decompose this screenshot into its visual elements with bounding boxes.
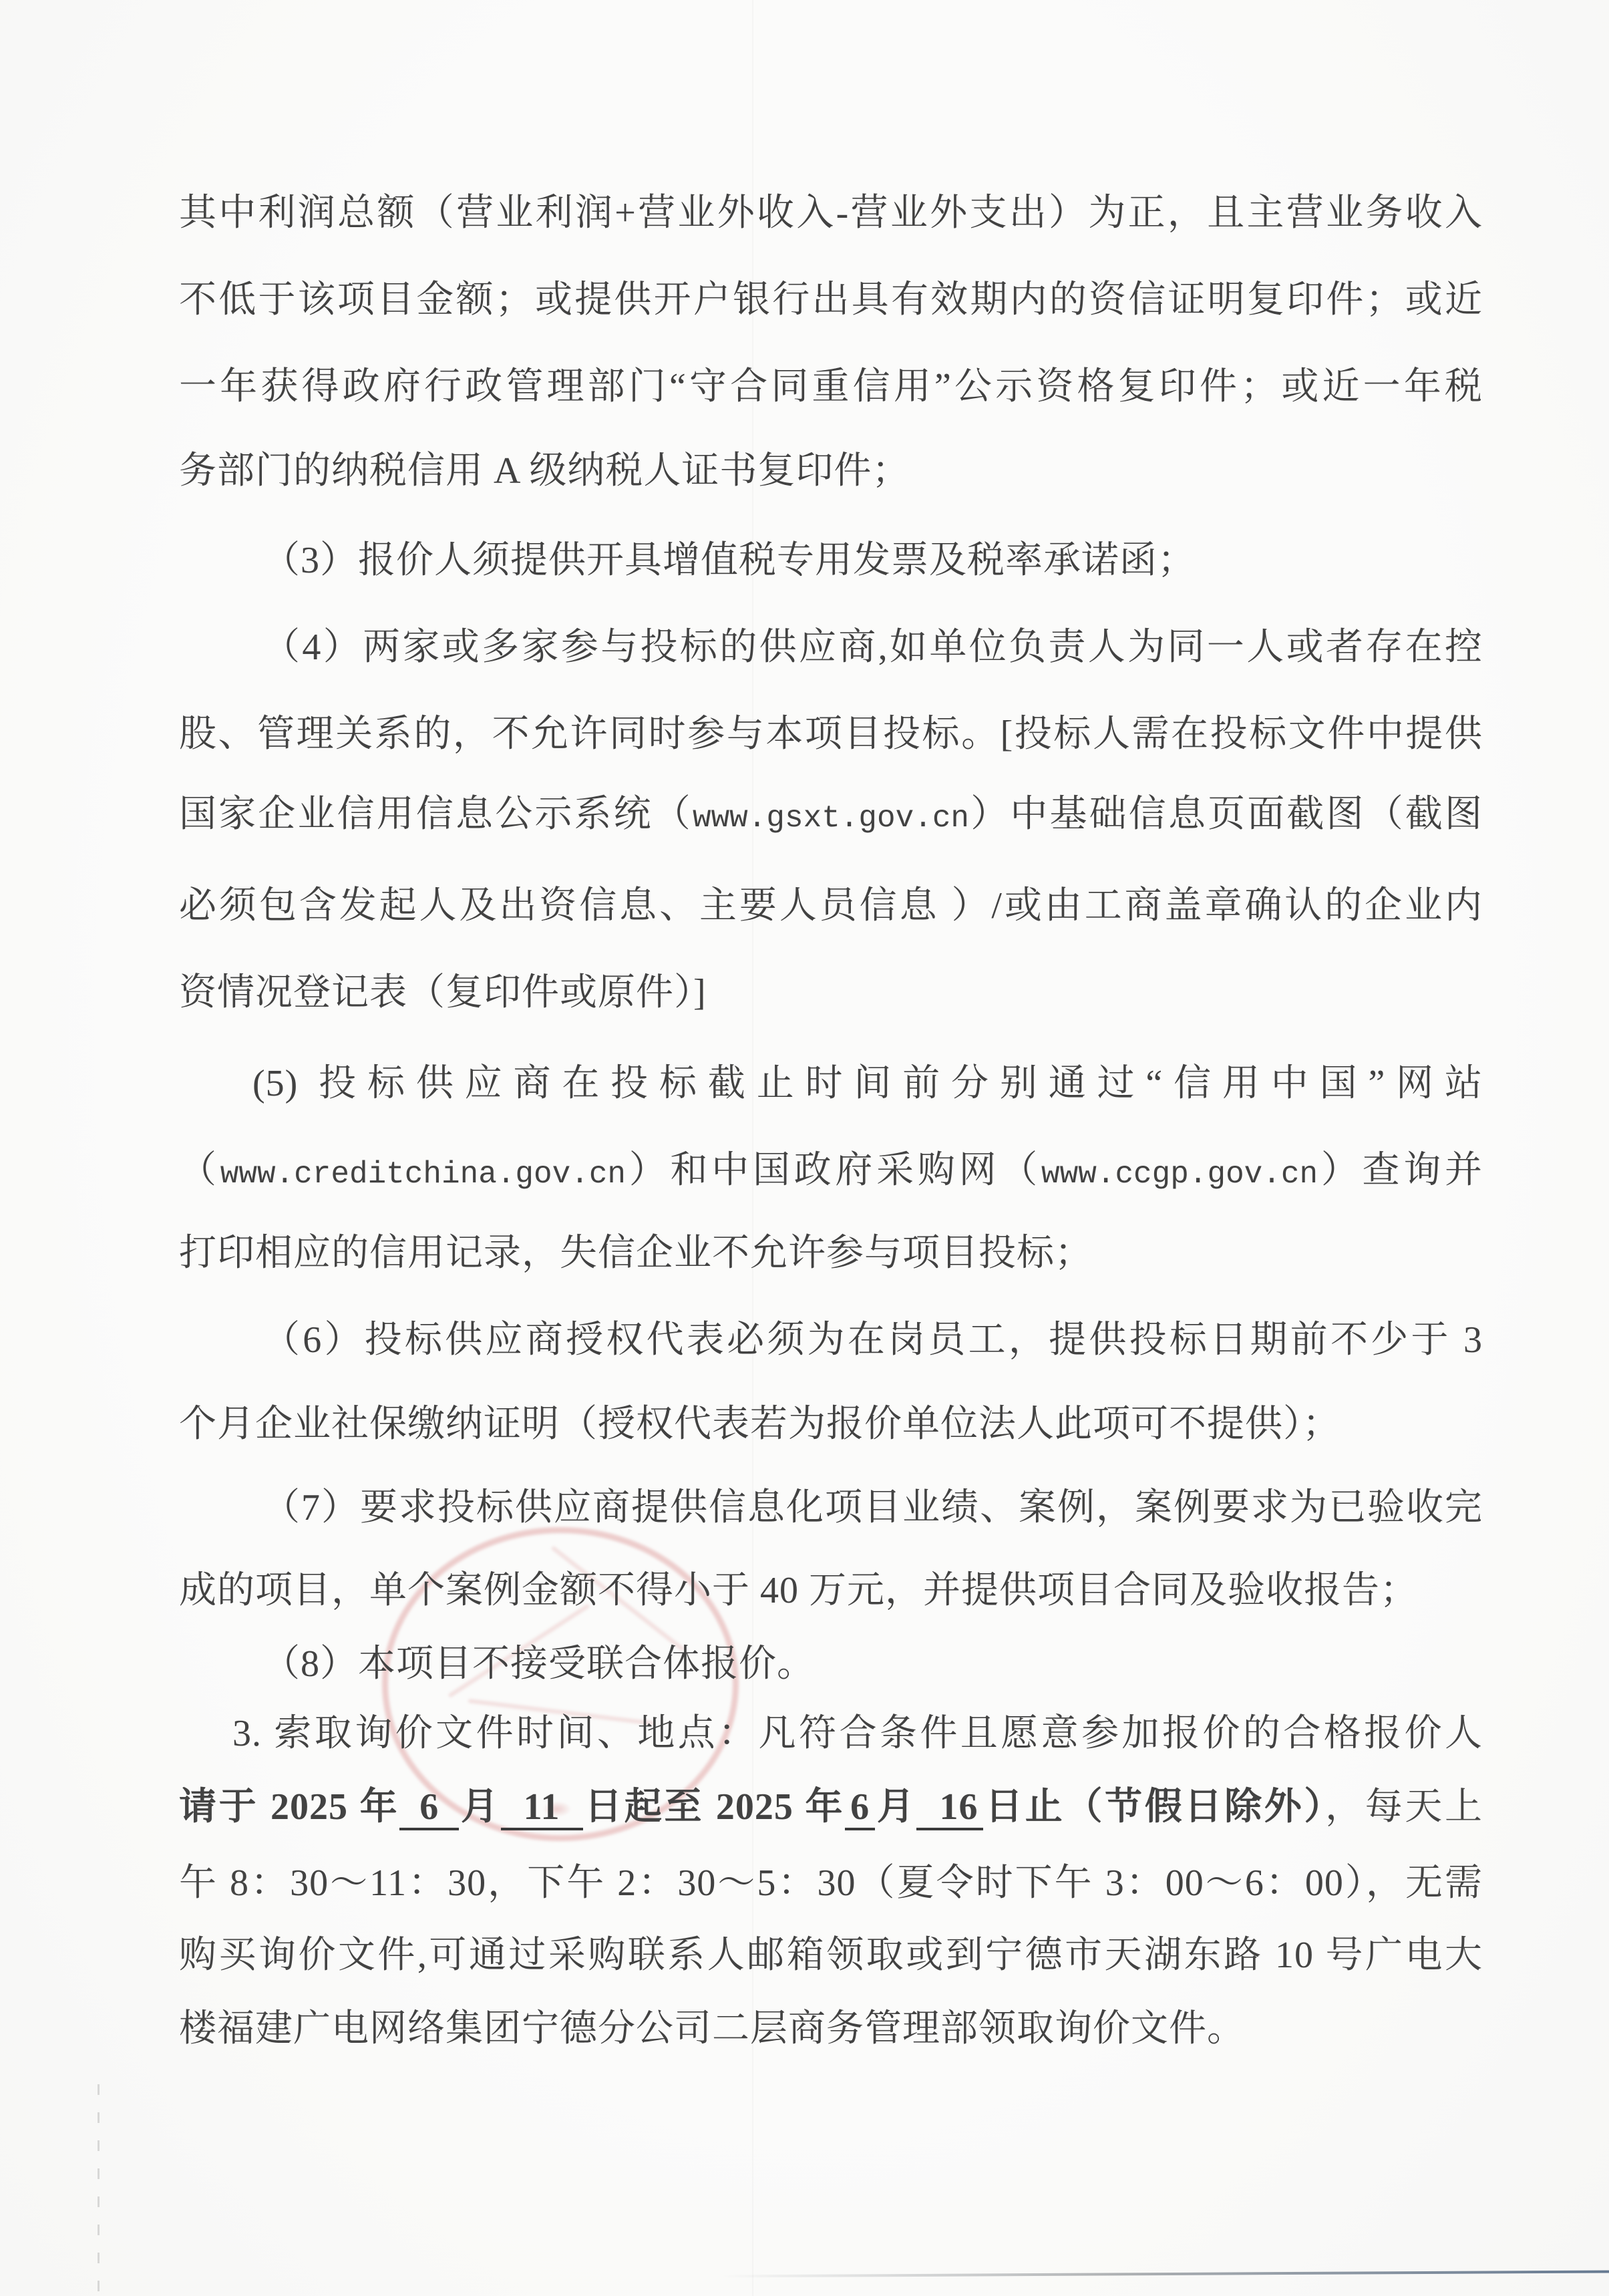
text-line: 一年获得政府行政管理部门“守合同重信用”公示资格复印件；或近一年税 <box>179 362 1483 412</box>
scan-artifact-vertical-streak <box>98 2084 100 2291</box>
text-line-item-7: （7）要求投标供应商提供信息化项目业绩、案例，案例要求为已验收完 <box>179 1483 1483 1532</box>
text-line: 其中利润总额（营业利润+营业外收入-营业外支出）为正，且主营业务收入 <box>179 188 1483 238</box>
text-segment: ）和中国政府采购网（ <box>626 1150 1041 1191</box>
text-line-item-4: （4）两家或多家参与投标的供应商,如单位负责人为同一人或者存在控 <box>179 623 1483 672</box>
scan-artifact-vertical-streak <box>752 0 753 2296</box>
text-segment: 月 <box>459 1786 500 1828</box>
url-text: www.ccgp.gov.cn <box>1041 1157 1318 1192</box>
url-text: www.creditchina.gov.cn <box>220 1157 626 1192</box>
text-line: 个月企业社保缴纳证明（授权代表若为报价单位法人此项可不提供）； <box>179 1400 1483 1449</box>
text-segment: （ <box>179 1150 220 1191</box>
text-segment: ）中基础信息页面截图（截图 <box>969 794 1483 835</box>
text-line: 午 8：30～11：30，下午 2：30～5：30（夏令时下午 3：00～6：0… <box>179 1858 1483 1908</box>
date-day-underlined: 11 <box>501 1786 583 1830</box>
document-page: 其中利润总额（营业利润+营业外收入-营业外支出）为正，且主营业务收入 不低于该项… <box>0 0 1609 2296</box>
text-line: 楼福建广电网络集团宁德分公司二层商务管理部领取询价文件。 <box>179 2004 1483 2054</box>
text-line: 必须包含发起人及出资信息、主要人员信息 ）/或由工商盖章确认的企业内 <box>179 881 1483 931</box>
text-segment: 日起至 2025 年 <box>583 1786 846 1828</box>
date-month-underlined: 6 <box>845 1786 875 1830</box>
date-line: 请于 2025 年6月11日起至 2025 年6月16日止（节假日除外），每天上 <box>179 1782 1483 1832</box>
url-text: www.gsxt.gov.cn <box>693 801 969 836</box>
text-line-item-3: （3）报价人须提供开具增值税专用发票及税率承诺函； <box>179 536 1483 585</box>
text-line: 不低于该项目金额；或提供开户银行出具有效期内的资信证明复印件；或近 <box>179 275 1483 325</box>
text-line-item-6: （6）投标供应商授权代表必须为在岗员工，提供投标日期前不少于 3 <box>179 1315 1483 1365</box>
text-line: 成的项目，单个案例金额不得小于 40 万元，并提供项目合同及验收报告； <box>179 1566 1483 1615</box>
text-line-item-5: (5) 投标供应商在投标截止时间前分别通过“信用中国”网站 <box>179 1059 1483 1108</box>
date-month-underlined: 6 <box>399 1786 459 1830</box>
text-line: 购买询价文件,可通过采购联系人邮箱领取或到宁德市天湖东路 10 号广电大 <box>179 1931 1483 1980</box>
text-line: 资情况登记表（复印件或原件）] <box>179 968 1483 1017</box>
text-segment: 请于 2025 年 <box>179 1786 399 1828</box>
text-line: 打印相应的信用记录，失信企业不允许参与项目投标； <box>179 1228 1483 1278</box>
text-segment: ）查询并 <box>1318 1150 1483 1191</box>
text-line: 务部门的纳税信用 A 级纳税人证书复印件； <box>179 446 1483 496</box>
text-line: 股、管理关系的，不允许同时参与本项目投标。[投标人需在投标文件中提供 <box>179 709 1483 759</box>
text-segment: ，每天上 <box>1325 1786 1483 1828</box>
date-day-underlined: 16 <box>916 1786 983 1830</box>
text-line-section-3: 3. 索取询价文件时间、地点：凡符合条件且愿意参加报价的合格报价人 <box>179 1709 1483 1758</box>
text-line-with-url: 国家企业信用信息公示系统（www.gsxt.gov.cn）中基础信息页面截图（截… <box>179 790 1483 843</box>
text-segment: 月 <box>875 1786 916 1828</box>
text-segment: 日止（节假日除外） <box>983 1786 1325 1828</box>
text-line-item-8: （8）本项目不接受联合体报价。 <box>179 1639 1483 1689</box>
scan-artifact-bottom-line <box>721 2271 1609 2278</box>
text-line-with-url: （www.creditchina.gov.cn）和中国政府采购网（www.ccg… <box>179 1146 1483 1199</box>
text-segment: 国家企业信用信息公示系统（ <box>179 794 693 835</box>
